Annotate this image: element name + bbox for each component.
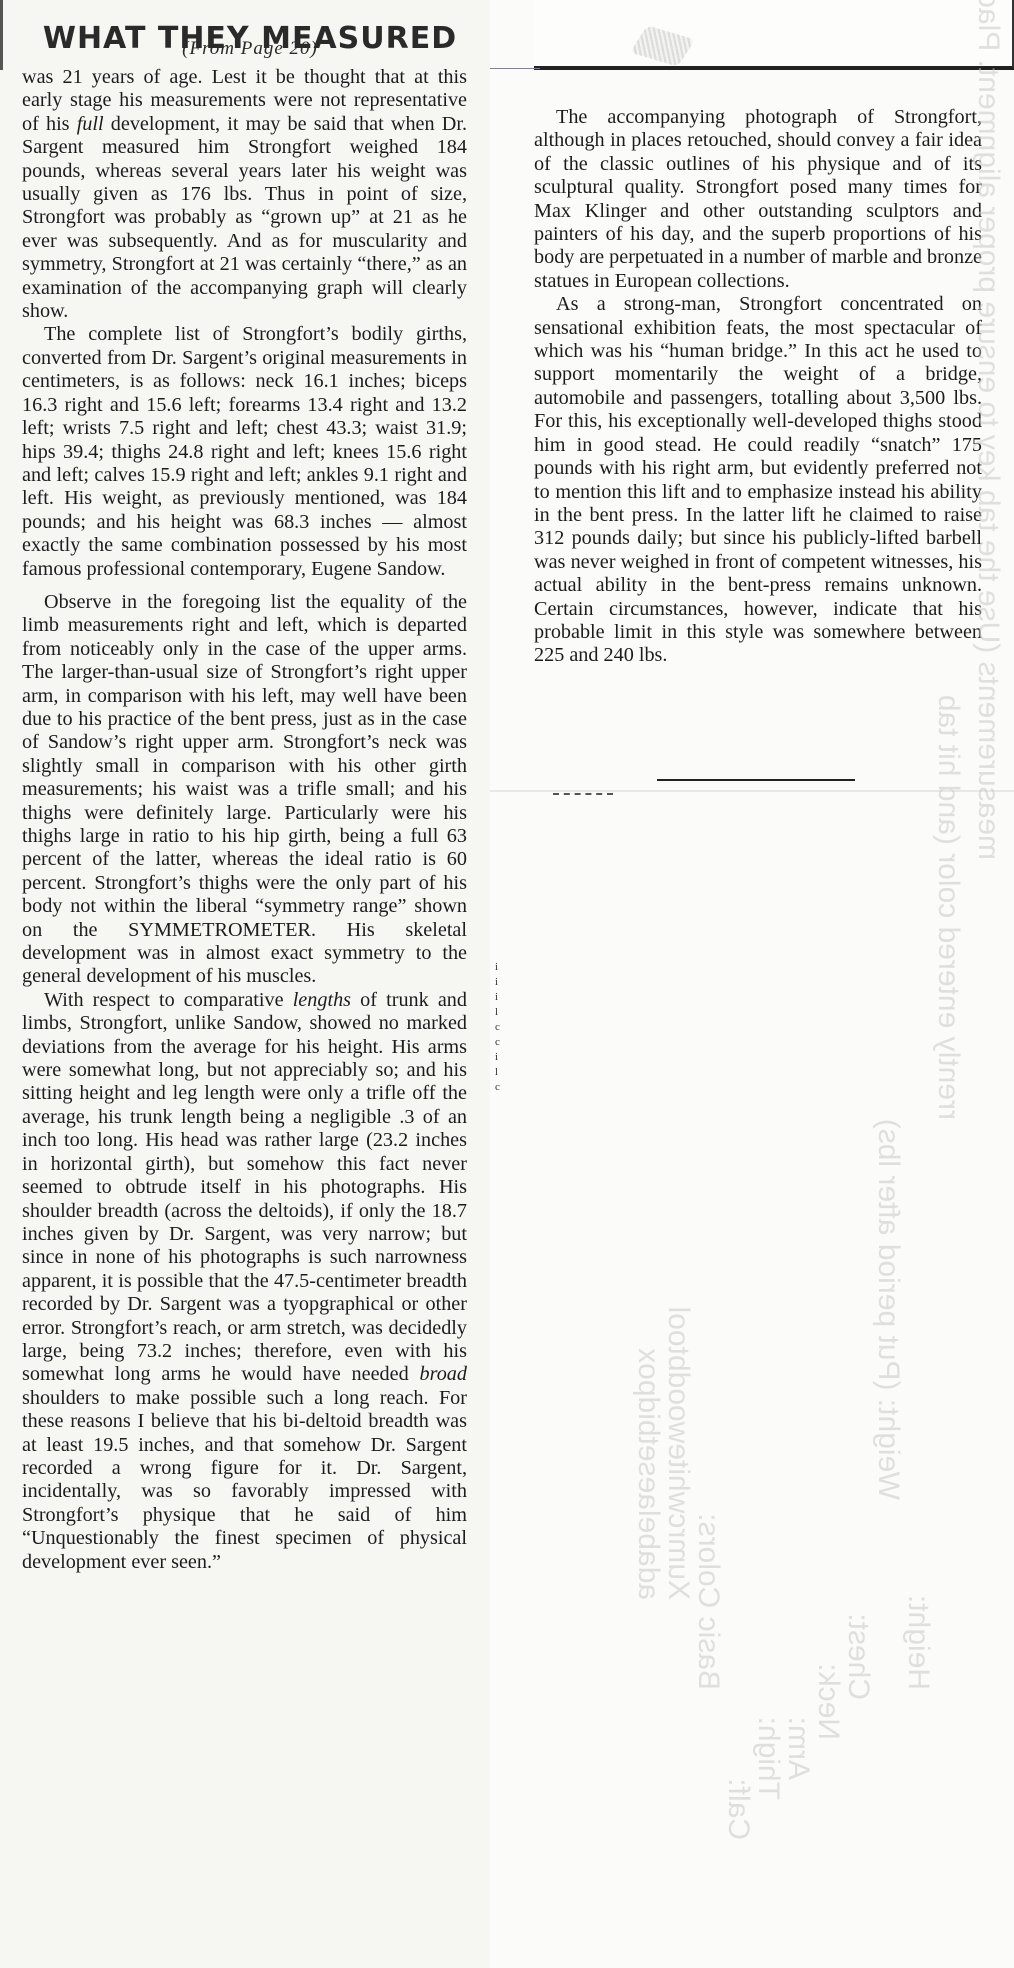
right-column: The accompanying photograph of Strongfor… (534, 106, 982, 668)
continuation-note: (From Page 20) (40, 38, 460, 60)
left-column: was 21 years of age. Lest it be thought … (22, 66, 467, 1574)
bleed-through-line: Calf: (721, 1778, 755, 1840)
bleed-through-line: Thigh: (751, 1717, 785, 1800)
gutter-ink-marks: iiilccilc (495, 960, 503, 1095)
left-edge-shadow (0, 0, 3, 70)
article-end-rule (657, 779, 855, 781)
bleed-through-line: Neck: (811, 1663, 845, 1740)
bleed-through-line: adabelaesetbidpox (631, 1348, 665, 1600)
cut-off-text-fragment (553, 793, 613, 795)
paragraph: The complete list of Strongfort’s bodily… (22, 323, 467, 580)
text-run: Observe in the foregoing list the equali… (22, 591, 467, 988)
paragraph: was 21 years of age. Lest it be thought … (22, 66, 467, 323)
bleed-through-line: Basic Colors: (691, 1513, 725, 1690)
emphasized-text: broad (420, 1363, 467, 1385)
text-run: With respect to comparative (44, 989, 293, 1011)
emphasized-text: full (77, 113, 104, 135)
bleed-through-line: Weight: (Put period after lbs) (871, 1119, 905, 1500)
text-run: The accompanying photograph of Strongfor… (534, 106, 982, 292)
bleed-through-line: Arm: (781, 1717, 815, 1780)
emphasized-text: lengths (293, 989, 351, 1011)
photo-frame-bottom (534, 0, 1014, 70)
paragraph: Observe in the foregoing list the equali… (22, 591, 467, 989)
bleed-through-line: measurements (Use the tab key to ensure … (971, 0, 1005, 860)
frame-connector-line (490, 68, 540, 69)
text-run: of trunk and limbs, Strongfort, unlike S… (22, 989, 467, 1386)
paragraph: The accompanying photograph of Strongfor… (534, 106, 982, 293)
text-run: The complete list of Strongfort’s bodily… (22, 323, 467, 579)
bleed-through-line: Chest: (841, 1613, 875, 1700)
bleed-through-line: Height: (901, 1595, 935, 1690)
bleed-through-line: Xumrcwhitewoodbtool (661, 1307, 695, 1600)
paragraph: As a strong-man, Strongfort concentrated… (534, 293, 982, 668)
paragraph: With respect to comparative lengths of t… (22, 989, 467, 1574)
bleed-through-line: rrently entered color (and hit tab (931, 695, 965, 1120)
text-run: As a strong-man, Strongfort concentrated… (534, 293, 982, 666)
text-run: shoulders to make possible such a long r… (22, 1387, 467, 1573)
text-run: development, it may be said that when Dr… (22, 113, 467, 322)
